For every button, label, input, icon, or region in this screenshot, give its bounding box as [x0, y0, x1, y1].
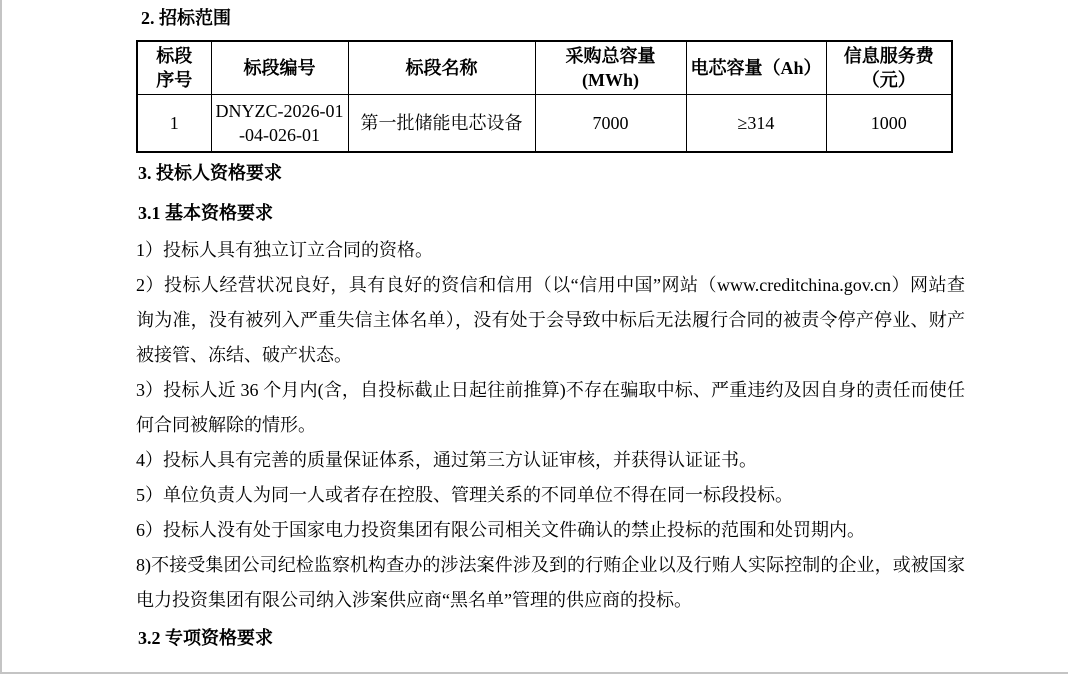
qualification-item: 1）投标人具有独立订立合同的资格。 — [136, 233, 965, 268]
table-header-row: 标段 序号 标段编号 标段名称 采购总容量(MWh) 电芯容量（Ah） 信息服务… — [137, 41, 952, 95]
section-heading-basic-qualification: 3.1 基本资格要求 — [138, 193, 965, 233]
qualification-item: 2）投标人经营状况良好，具有良好的资信和信用（以“信用中国”网站（www.cre… — [136, 268, 965, 373]
qualification-item: 5）单位负责人为同一人或者存在控股、管理关系的不同单位不得在同一标段投标。 — [136, 478, 965, 513]
cell-section-no: 1 — [137, 95, 211, 152]
qualification-item: 6）投标人没有处于国家电力投资集团有限公司相关文件确认的禁止投标的范围和处罚期内… — [136, 513, 965, 548]
qualification-item: 8)不接受集团公司纪检监察机构查办的涉法案件涉及到的行贿企业以及行贿人实际控制的… — [136, 548, 965, 618]
col-header-section-no: 标段 序号 — [137, 41, 211, 95]
col-header-cell-capacity: 电芯容量（Ah） — [686, 41, 826, 95]
col-header-section-code: 标段编号 — [211, 41, 348, 95]
cell-total-capacity: 7000 — [535, 95, 686, 152]
section-heading-special-qualification: 3.2 专项资格要求 — [138, 618, 965, 658]
col-header-total-capacity: 采购总容量(MWh) — [535, 41, 686, 95]
cell-cell-capacity: ≥314 — [686, 95, 826, 152]
cell-section-name: 第一批储能电芯设备 — [348, 95, 535, 152]
section-heading-bidder-qualification: 3. 投标人资格要求 — [138, 153, 965, 193]
table-row: 1 DNYZC-2026-01 -04-026-01 第一批储能电芯设备 700… — [137, 95, 952, 152]
col-header-section-name: 标段名称 — [348, 41, 535, 95]
qualification-item: 4）投标人具有完善的质量保证体系，通过第三方认证审核，并获得认证证书。 — [136, 443, 965, 478]
document-page: 2. 招标范围 标段 序号 标段编号 标段名称 采购总容量(MWh) 电芯容量（… — [0, 0, 1068, 674]
cell-info-fee: 1000 — [826, 95, 952, 152]
cell-section-code: DNYZC-2026-01 -04-026-01 — [211, 95, 348, 152]
tender-scope-table: 标段 序号 标段编号 标段名称 采购总容量(MWh) 电芯容量（Ah） 信息服务… — [136, 40, 953, 153]
qualification-item: 3）投标人近 36 个月内(含，自投标截止日起往前推算)不存在骗取中标、严重违约… — [136, 373, 965, 443]
section-heading-tender-scope: 2. 招标范围 — [141, 4, 965, 32]
basic-qualification-list: 1）投标人具有独立订立合同的资格。 2）投标人经营状况良好，具有良好的资信和信用… — [136, 233, 965, 618]
col-header-info-fee: 信息服务费 （元） — [826, 41, 952, 95]
